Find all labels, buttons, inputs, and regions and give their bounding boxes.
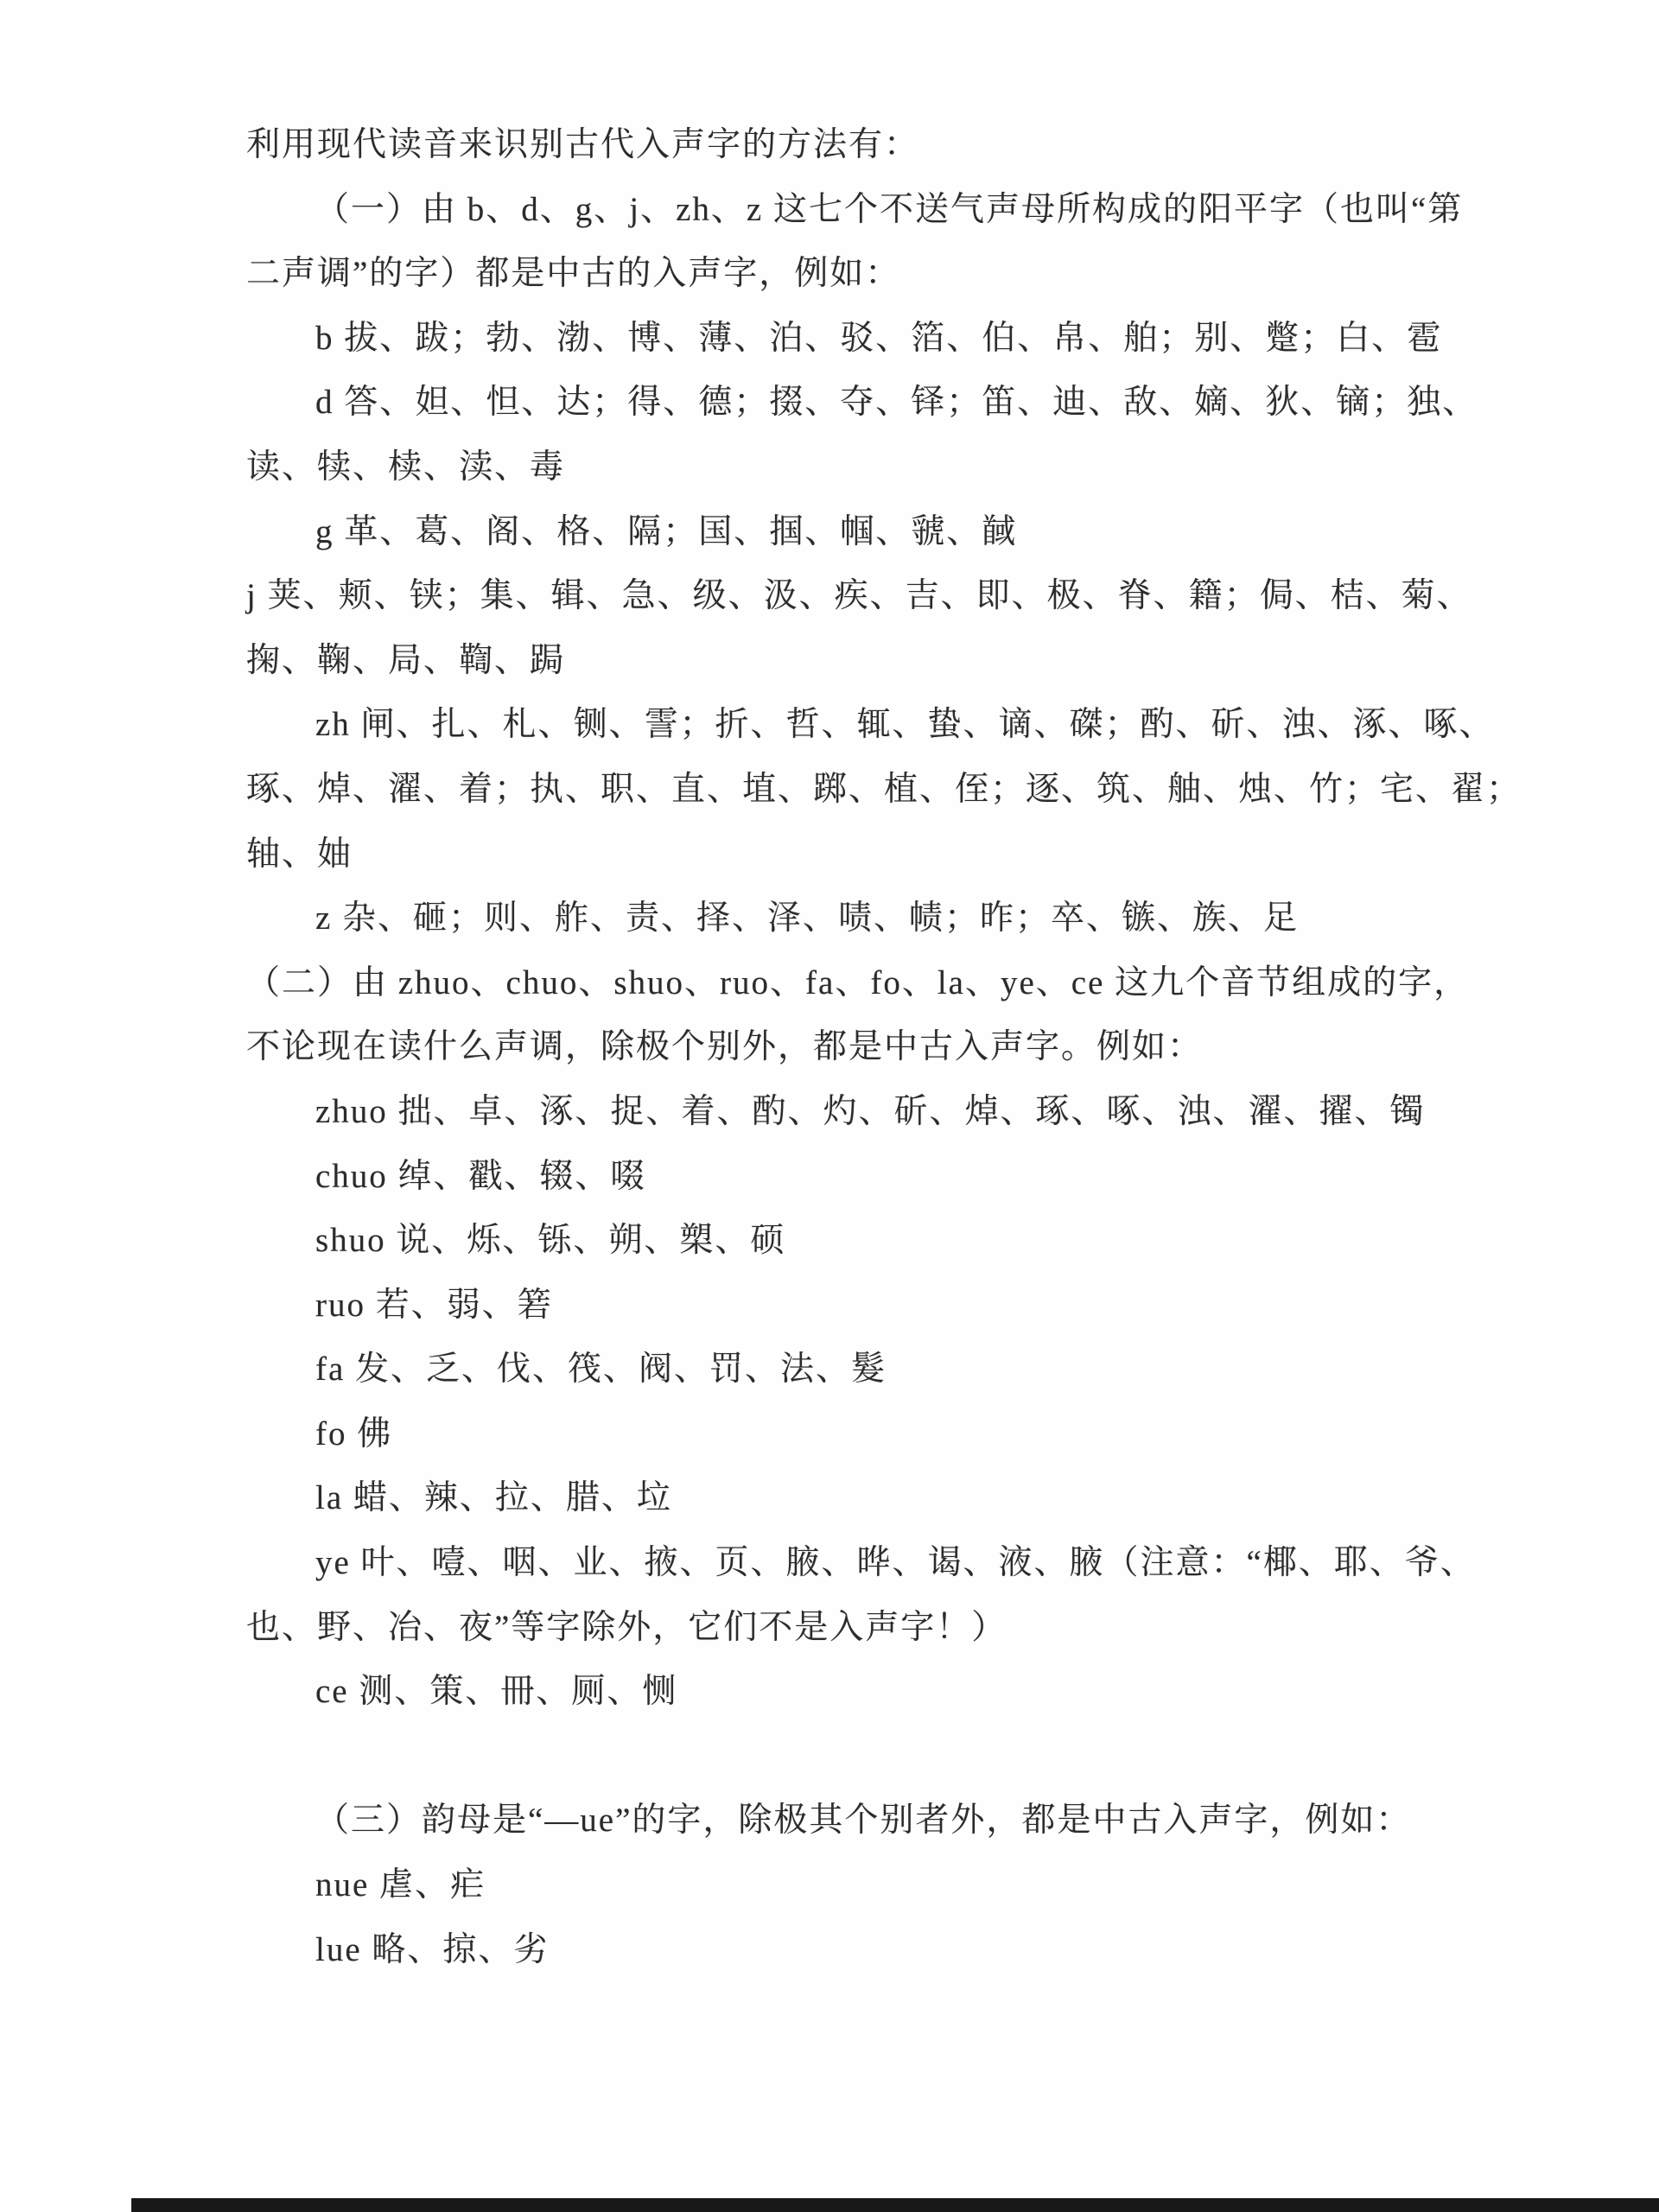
syllable-ce-line: ce 测、策、冊、厕、恻 — [246, 1660, 1473, 1725]
document-body: 利用现代读音来识别古代入声字的方法有： （一）由 b、d、g、j、zh、z 这七… — [246, 113, 1473, 1982]
syllable-ruo-line: ruo 若、弱、箬 — [246, 1274, 1473, 1338]
initial-zh-line: zh 闸、扎、札、铡、霅；折、哲、辄、蛰、谪、磔；酌、斫、浊、涿、啄、 — [246, 693, 1473, 758]
syllable-shuo-line: shuo 说、烁、铄、朔、槊、硕 — [246, 1209, 1473, 1274]
text-line: 掬、鞠、局、鞫、跼 — [246, 629, 1473, 694]
rule-one-line: （一）由 b、d、g、j、zh、z 这七个不送气声母所构成的阳平字（也叫“第 — [246, 178, 1473, 243]
syllable-lue-line: lue 略、掠、劣 — [246, 1918, 1473, 1983]
text-line: 不论现在读什么声调，除极个别外，都是中古入声字。例如： — [246, 1015, 1473, 1080]
initial-b-line: b 拔、跋；勃、渤、博、薄、泊、驳、箔、伯、帛、舶；别、蹩；白、雹 — [246, 307, 1473, 372]
text-line: 读、犊、椟、渎、毒 — [246, 435, 1473, 500]
rule-two-line: （二）由 zhuo、chuo、shuo、ruo、fa、fo、la、ye、ce 这… — [246, 951, 1473, 1016]
syllable-nue-line: nue 虐、疟 — [246, 1853, 1473, 1918]
blank-line — [246, 1725, 1473, 1789]
intro-line: 利用现代读音来识别古代入声字的方法有： — [246, 113, 1473, 178]
initial-z-line: z 杂、砸；则、舴、责、择、泽、啧、帻；昨；卒、镞、族、足 — [246, 887, 1473, 951]
initial-d-line: d 答、妲、怛、达；得、德；掇、夺、铎；笛、迪、敌、嫡、狄、镝；独、 — [246, 371, 1473, 435]
syllable-zhuo-line: zhuo 拙、卓、涿、捉、着、酌、灼、斫、焯、琢、啄、浊、濯、擢、镯 — [246, 1080, 1473, 1145]
initial-g-line: g 革、葛、阁、格、隔；国、掴、帼、虢、馘 — [246, 500, 1473, 565]
rule-three-line: （三）韵母是“—ue”的字，除极其个别者外，都是中古入声字，例如： — [246, 1789, 1473, 1853]
text-line: 琢、焯、濯、着；执、职、直、埴、踯、植、侄；逐、筑、舳、烛、竹；宅、翟； — [246, 758, 1473, 823]
syllable-fa-line: fa 发、乏、伐、筏、阀、罚、法、髮 — [246, 1338, 1473, 1402]
page-bottom-edge-bar — [131, 2198, 1659, 2212]
syllable-fo-line: fo 佛 — [246, 1402, 1473, 1467]
syllable-la-line: la 蜡、辣、拉、腊、垃 — [246, 1466, 1473, 1531]
initial-j-line: j 荚、颊、铗；集、辑、急、级、汲、疾、吉、即、极、脊、籍；侷、桔、菊、 — [246, 564, 1473, 629]
text-line: 二声调”的字）都是中古的入声字，例如： — [246, 242, 1473, 307]
document-page: 利用现代读音来识别古代入声字的方法有： （一）由 b、d、g、j、zh、z 这七… — [0, 0, 1659, 2212]
syllable-chuo-line: chuo 绰、戳、辍、啜 — [246, 1145, 1473, 1210]
text-line: 轴、妯 — [246, 823, 1473, 887]
syllable-ye-line: ye 叶、噎、咽、业、掖、页、腋、晔、谒、液、腋（注意：“椰、耶、爷、 — [246, 1531, 1473, 1596]
text-line: 也、野、冶、夜”等字除外，它们不是入声字！） — [246, 1596, 1473, 1661]
